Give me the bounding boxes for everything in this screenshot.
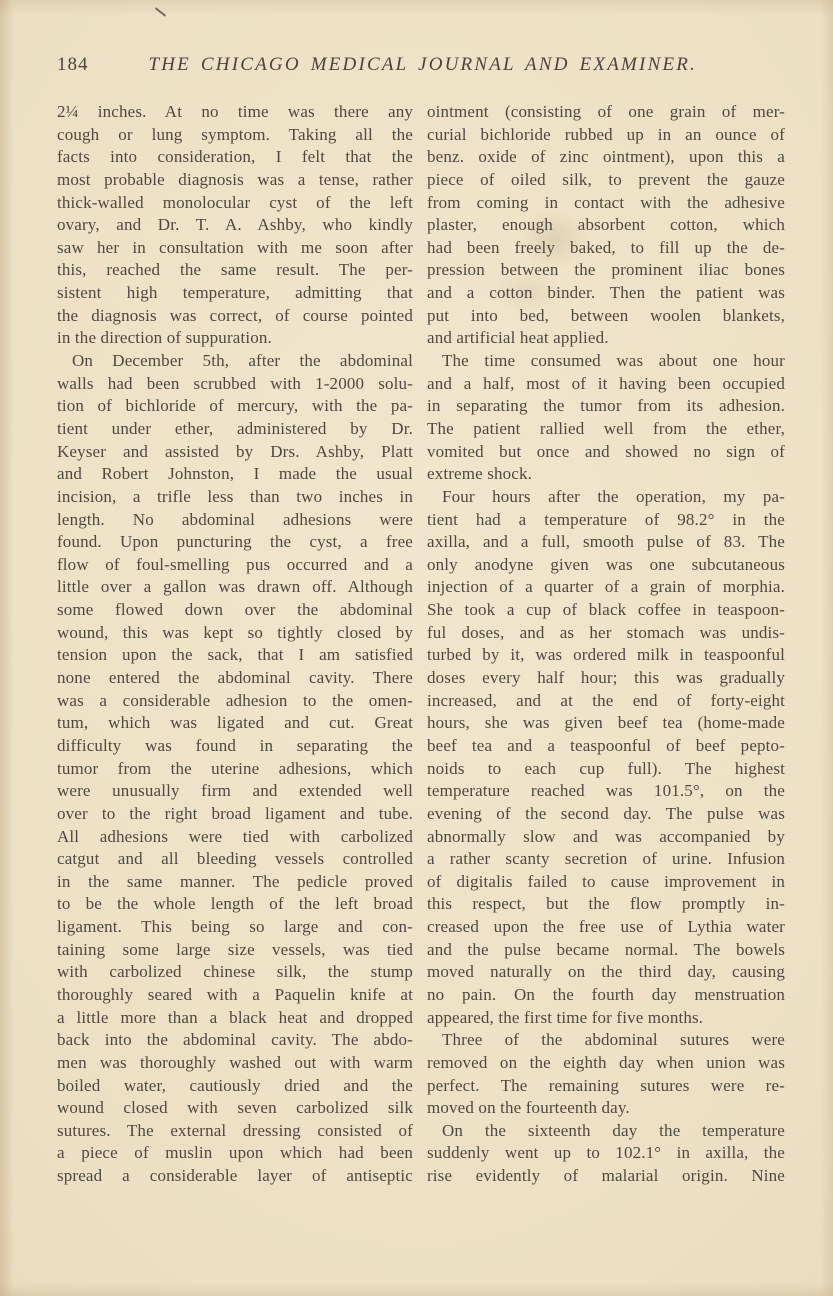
text-line: length. No abdominal adhesions were bbox=[57, 509, 413, 532]
text-line: curial bichloride rubbed up in an ounce … bbox=[427, 124, 785, 147]
text-line: suddenly went up to 102.1° in axilla, th… bbox=[427, 1142, 785, 1165]
text-line: plaster, enough absorbent cotton, which bbox=[427, 214, 785, 237]
text-line: taining some large size vessels, was tie… bbox=[57, 939, 413, 962]
text-line: creased upon the free use of Lythia wate… bbox=[427, 916, 785, 939]
text-line: 2¼ inches. At no time was there any bbox=[57, 101, 413, 124]
text-line: vomited but once and showed no sign of bbox=[427, 441, 785, 464]
text-line: moved on the fourteenth day. bbox=[427, 1097, 785, 1120]
text-line: the diagnosis was correct, of course poi… bbox=[57, 305, 413, 328]
text-line: put into bed, between woolen blankets, bbox=[427, 305, 785, 328]
text-line: a piece of muslin upon which had been bbox=[57, 1142, 413, 1165]
text-line: cough or lung symptom. Taking all the bbox=[57, 124, 413, 147]
text-line: and artificial heat applied. bbox=[427, 327, 785, 350]
text-line: ovary, and Dr. T. A. Ashby, who kindly bbox=[57, 214, 413, 237]
text-line: Keyser and assisted by Drs. Ashby, Platt bbox=[57, 441, 413, 464]
text-line: some flowed down over the abdominal bbox=[57, 599, 413, 622]
text-line: abnormally slow and was accompanied by bbox=[427, 826, 785, 849]
text-line: On December 5th, after the abdominal bbox=[57, 350, 413, 373]
text-line: beef tea and a teaspoonful of beef pepto… bbox=[427, 735, 785, 758]
text-line: to be the whole length of the left broad bbox=[57, 893, 413, 916]
text-line: turbed by it, was ordered milk in teaspo… bbox=[427, 644, 785, 667]
text-line: of digitalis failed to cause improvement… bbox=[427, 871, 785, 894]
text-line: tient had a temperature of 98.2° in the bbox=[427, 509, 785, 532]
text-line: and Robert Johnston, I made the usual bbox=[57, 463, 413, 486]
text-line: doses every half hour; this was graduall… bbox=[427, 667, 785, 690]
text-line: ligament. This being so large and con- bbox=[57, 916, 413, 939]
text-line: hours, she was given beef tea (home-made bbox=[427, 712, 785, 735]
text-line: was a considerable adhesion to the omen- bbox=[57, 690, 413, 713]
text-line: men was thoroughly washed out with warm bbox=[57, 1052, 413, 1075]
text-line: ful doses, and as her stomach was undis- bbox=[427, 622, 785, 645]
text-line: a little more than a black heat and drop… bbox=[57, 1007, 413, 1030]
text-line: found. Upon puncturing the cyst, a free bbox=[57, 531, 413, 554]
text-line: in separating the tumor from its adhesio… bbox=[427, 395, 785, 418]
journal-title: THE CHICAGO MEDICAL JOURNAL AND EXAMINER… bbox=[89, 54, 784, 76]
text-line: had been freely baked, to fill up the de… bbox=[427, 237, 785, 260]
text-line: tension upon the sack, that I am satisfi… bbox=[57, 644, 413, 667]
text-line: injection of a quarter of a grain of mor… bbox=[427, 576, 785, 599]
text-line: removed on the eighth day when union was bbox=[427, 1052, 785, 1075]
page-number: 184 bbox=[57, 54, 89, 76]
text-line: and a cotton binder. Then the patient wa… bbox=[427, 282, 785, 305]
text-line: thoroughly seared with a Paquelin knife … bbox=[57, 984, 413, 1007]
text-line: increased, and at the end of forty-eight bbox=[427, 690, 785, 713]
text-line: The time consumed was about one hour bbox=[427, 350, 785, 373]
text-line: appeared, the first time for five months… bbox=[427, 1007, 785, 1030]
text-line: She took a cup of black coffee in teaspo… bbox=[427, 599, 785, 622]
text-line: walls had been scrubbed with 1-2000 solu… bbox=[57, 373, 413, 396]
text-line: none entered the abdominal cavity. There bbox=[57, 667, 413, 690]
text-line: with carbolized chinese silk, the stump bbox=[57, 961, 413, 984]
text-line: piece of oiled silk, to prevent the gauz… bbox=[427, 169, 785, 192]
text-line: rise evidently of malarial origin. Nine bbox=[427, 1165, 785, 1188]
text-line: ointment (consisting of one grain of mer… bbox=[427, 101, 785, 124]
text-line: flow of foul-smelling pus occurred and a bbox=[57, 554, 413, 577]
text-line: only anodyne given was one subcutaneous bbox=[427, 554, 785, 577]
text-line: and the pulse became normal. The bowels bbox=[427, 939, 785, 962]
column-left: 2¼ inches. At no time was there anycough… bbox=[57, 101, 413, 1188]
text-line: extreme shock. bbox=[427, 463, 785, 486]
text-line: temperature reached was 101.5°, on the bbox=[427, 780, 785, 803]
text-line: pression between the prominent iliac bon… bbox=[427, 259, 785, 282]
journal-page: 184 THE CHICAGO MEDICAL JOURNAL AND EXAM… bbox=[0, 0, 833, 1296]
text-line: Four hours after the operation, my pa- bbox=[427, 486, 785, 509]
text-line: most probable diagnosis was a tense, rat… bbox=[57, 169, 413, 192]
text-line: catgut and all bleeding vessels controll… bbox=[57, 848, 413, 871]
text-line: sutures. The external dressing consisted… bbox=[57, 1120, 413, 1143]
text-line: this respect, but the flow promptly in- bbox=[427, 893, 785, 916]
text-line: from coming in contact with the adhesive bbox=[427, 192, 785, 215]
text-line: wound, this was kept so tightly closed b… bbox=[57, 622, 413, 645]
pen-mark bbox=[155, 7, 166, 17]
text-line: boiled water, cautiously dried and the bbox=[57, 1075, 413, 1098]
text-line: and a half, most of it having been occup… bbox=[427, 373, 785, 396]
text-line: benz. oxide of zinc ointment), upon this… bbox=[427, 146, 785, 169]
text-line: Three of the abdominal sutures were bbox=[427, 1029, 785, 1052]
text-line: All adhesions were tied with carbolized bbox=[57, 826, 413, 849]
text-line: tum, which was ligated and cut. Great bbox=[57, 712, 413, 735]
text-line: spread a considerable layer of antisepti… bbox=[57, 1165, 413, 1188]
text-line: tient under ether, administered by Dr. bbox=[57, 418, 413, 441]
text-line: facts into consideration, I felt that th… bbox=[57, 146, 413, 169]
text-line: this, reached the same result. The per- bbox=[57, 259, 413, 282]
text-line: over to the right broad ligament and tub… bbox=[57, 803, 413, 826]
text-line: The patient rallied well from the ether, bbox=[427, 418, 785, 441]
text-line: were unusually firm and extended well bbox=[57, 780, 413, 803]
text-line: moved naturally on the third day, causin… bbox=[427, 961, 785, 984]
text-line: perfect. The remaining sutures were re- bbox=[427, 1075, 785, 1098]
text-line: back into the abdominal cavity. The abdo… bbox=[57, 1029, 413, 1052]
text-line: tumor from the uterine adhesions, which bbox=[57, 758, 413, 781]
text-line: sistent high temperature, admitting that bbox=[57, 282, 413, 305]
column-right: ointment (consisting of one grain of mer… bbox=[427, 101, 785, 1188]
text-line: in the same manner. The pedicle proved bbox=[57, 871, 413, 894]
text-line: tion of bichloride of mercury, with the … bbox=[57, 395, 413, 418]
text-line: little over a gallon was drawn off. Alth… bbox=[57, 576, 413, 599]
text-line: a rather scanty secretion of urine. Infu… bbox=[427, 848, 785, 871]
text-line: difficulty was found in separating the bbox=[57, 735, 413, 758]
text-line: no pain. On the fourth day menstruation bbox=[427, 984, 785, 1007]
text-line: axilla, and a full, smooth pulse of 83. … bbox=[427, 531, 785, 554]
text-line: incision, a trifle less than two inches … bbox=[57, 486, 413, 509]
text-line: On the sixteenth day the temperature bbox=[427, 1120, 785, 1143]
text-line: saw her in consultation with me soon aft… bbox=[57, 237, 413, 260]
text-line: evening of the second day. The pulse was bbox=[427, 803, 785, 826]
page-header: 184 THE CHICAGO MEDICAL JOURNAL AND EXAM… bbox=[57, 54, 783, 84]
text-line: thick-walled monolocular cyst of the lef… bbox=[57, 192, 413, 215]
text-line: in the direction of suppuration. bbox=[57, 327, 413, 350]
text-line: wound closed with seven carbolized silk bbox=[57, 1097, 413, 1120]
text-line: noids to each cup full). The highest bbox=[427, 758, 785, 781]
